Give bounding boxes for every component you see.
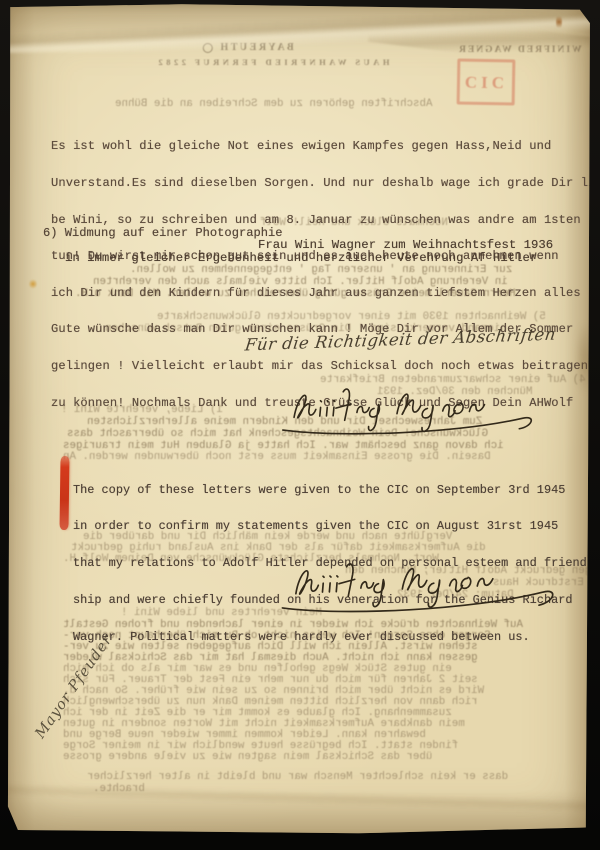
- letter-line: Es ist wohl die gleiche Not eines ewigen…: [51, 140, 600, 152]
- cic-stamp-text: CIC: [464, 72, 508, 93]
- letterhead-emblem-icon: [203, 43, 213, 53]
- signature-winifred-wagner: [272, 373, 559, 450]
- dedication-line: Frau Wini Wagner zum Weihnachtsfest 1936: [258, 238, 553, 252]
- letterhead-place-text: BAYREUTH: [218, 42, 294, 53]
- photo-background: Abschriften gehören zu dem Schreiben an …: [0, 0, 600, 850]
- document-page: Abschriften gehören zu dem Schreiben an …: [5, 3, 594, 840]
- bleedthrough-line: Abschriften gehören zu dem Schreiben an …: [115, 98, 432, 110]
- paper-stain: [556, 15, 562, 29]
- letter-line: Unverstand.Es sind dieselben Sorgen. Und…: [51, 177, 600, 189]
- bleedthrough-line: dass er kein schlechter Mensch war und b…: [87, 771, 508, 783]
- letter-line: gelingen ! Vielleicht erlaubt mir das Sc…: [51, 360, 600, 372]
- cic-stamp: CIC: [457, 58, 516, 105]
- letter-line: ich Dir und den Kindern für dieses Jahr …: [51, 287, 600, 299]
- letterhead-place: BAYREUTH: [203, 42, 294, 53]
- signature-winifred-wagner: [270, 545, 574, 627]
- dedication-heading: 6) Widmung auf einer Photographie: [43, 226, 283, 240]
- statement-line: The copy of these letters were given to …: [73, 484, 587, 496]
- red-margin-mark: [59, 456, 69, 530]
- statement-line: Wagner. Political matters were hardly ev…: [73, 631, 587, 643]
- letterhead-address: HAUS WAHNFRIED FERNRUF 2282: [155, 57, 390, 67]
- dedication-line: in immer gleicher Ergebenheit und herzli…: [65, 251, 537, 265]
- letter-line: be Wini, so zu schreiben und am 8. Janua…: [51, 214, 600, 226]
- letterhead-name: WINIFRED WAGNER: [457, 45, 582, 55]
- paper-stain: [29, 279, 37, 289]
- statement-line: in order to confirm my statements given …: [73, 520, 587, 532]
- bleedthrough-line: brachte.: [93, 783, 145, 795]
- bleedthrough-line: über das Schicksal mein sagten wie zu vi…: [63, 751, 432, 763]
